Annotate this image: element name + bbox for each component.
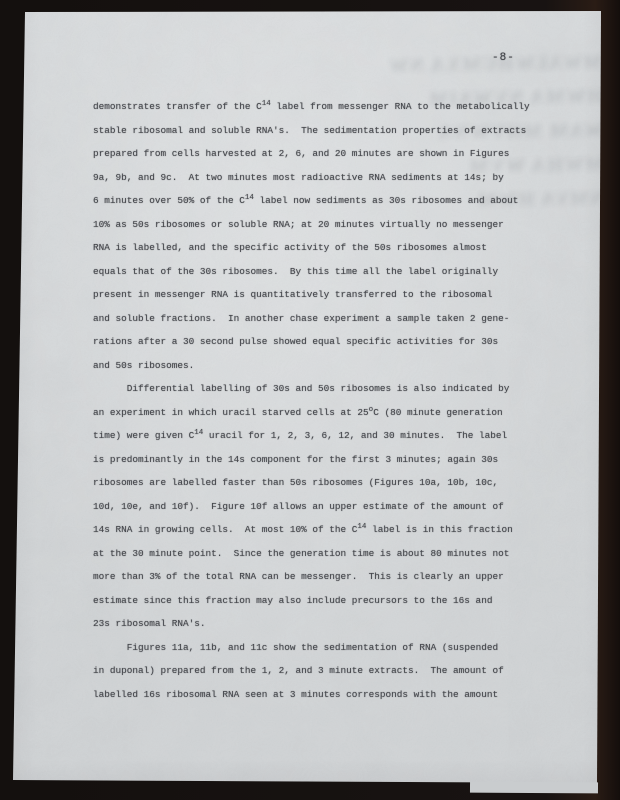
document-body: demonstrates transfer of the C14 label f… (93, 95, 568, 706)
text-line: Differential labelling of 30s and 50s ri… (93, 377, 568, 401)
text-line: more than 3% of the total RNA can be mes… (93, 565, 568, 589)
text-line: RNA is labelled, and the specific activi… (93, 236, 568, 260)
under-sheet-edge (470, 782, 598, 794)
text-line: 23s ribosomal RNA's. (93, 612, 568, 636)
text-line: is predominantly in the 14s component fo… (93, 448, 568, 472)
text-line: 10% as 50s ribosomes or soluble RNA; at … (93, 213, 568, 237)
text-line: Figures 11a, 11b, and 11c show the sedim… (93, 636, 568, 660)
text-line: 10d, 10e, and 10f). Figure 10f allows an… (93, 495, 568, 519)
scanner-background: MWALWHUMXA NWHWMA NVWAIMWAM MHVWNAMWHA W… (0, 0, 620, 800)
text-line: and 50s ribosomes. (93, 354, 568, 378)
text-line: and soluble fractions. In another chase … (93, 307, 568, 331)
text-line: prepared from cells harvested at 2, 6, a… (93, 142, 568, 166)
text-line: present in messenger RNA is quantitative… (93, 283, 568, 307)
text-line: labelled 16s ribosomal RNA seen at 3 min… (93, 683, 568, 707)
text-line: 14s RNA in growing cells. At most 10% of… (93, 518, 568, 542)
text-line: time) were given C14 uracil for 1, 2, 3,… (93, 424, 568, 448)
text-line: ribosomes are labelled faster than 50s r… (93, 471, 568, 495)
text-line: 6 minutes over 50% of the C14 label now … (93, 189, 568, 213)
text-line: estimate since this fraction may also in… (93, 589, 568, 613)
page-number: -8- (492, 52, 515, 64)
text-line: at the 30 minute point. Since the genera… (93, 542, 568, 566)
text-line: stable ribosomal and soluble RNA's. The … (93, 119, 568, 143)
text-line: equals that of the 30s ribosomes. By thi… (93, 260, 568, 284)
text-line: rations after a 30 second pulse showed e… (93, 330, 568, 354)
text-line: an experiment in which uracil starved ce… (93, 401, 568, 425)
text-line: 9a, 9b, and 9c. At two minutes most radi… (93, 166, 568, 190)
text-line: in duponal) prepared from the 1, 2, and … (93, 659, 568, 683)
document-page: MWALWHUMXA NWHWMA NVWAIMWAM MHVWNAMWHA W… (0, 0, 620, 800)
text-line: demonstrates transfer of the C14 label f… (93, 95, 568, 119)
